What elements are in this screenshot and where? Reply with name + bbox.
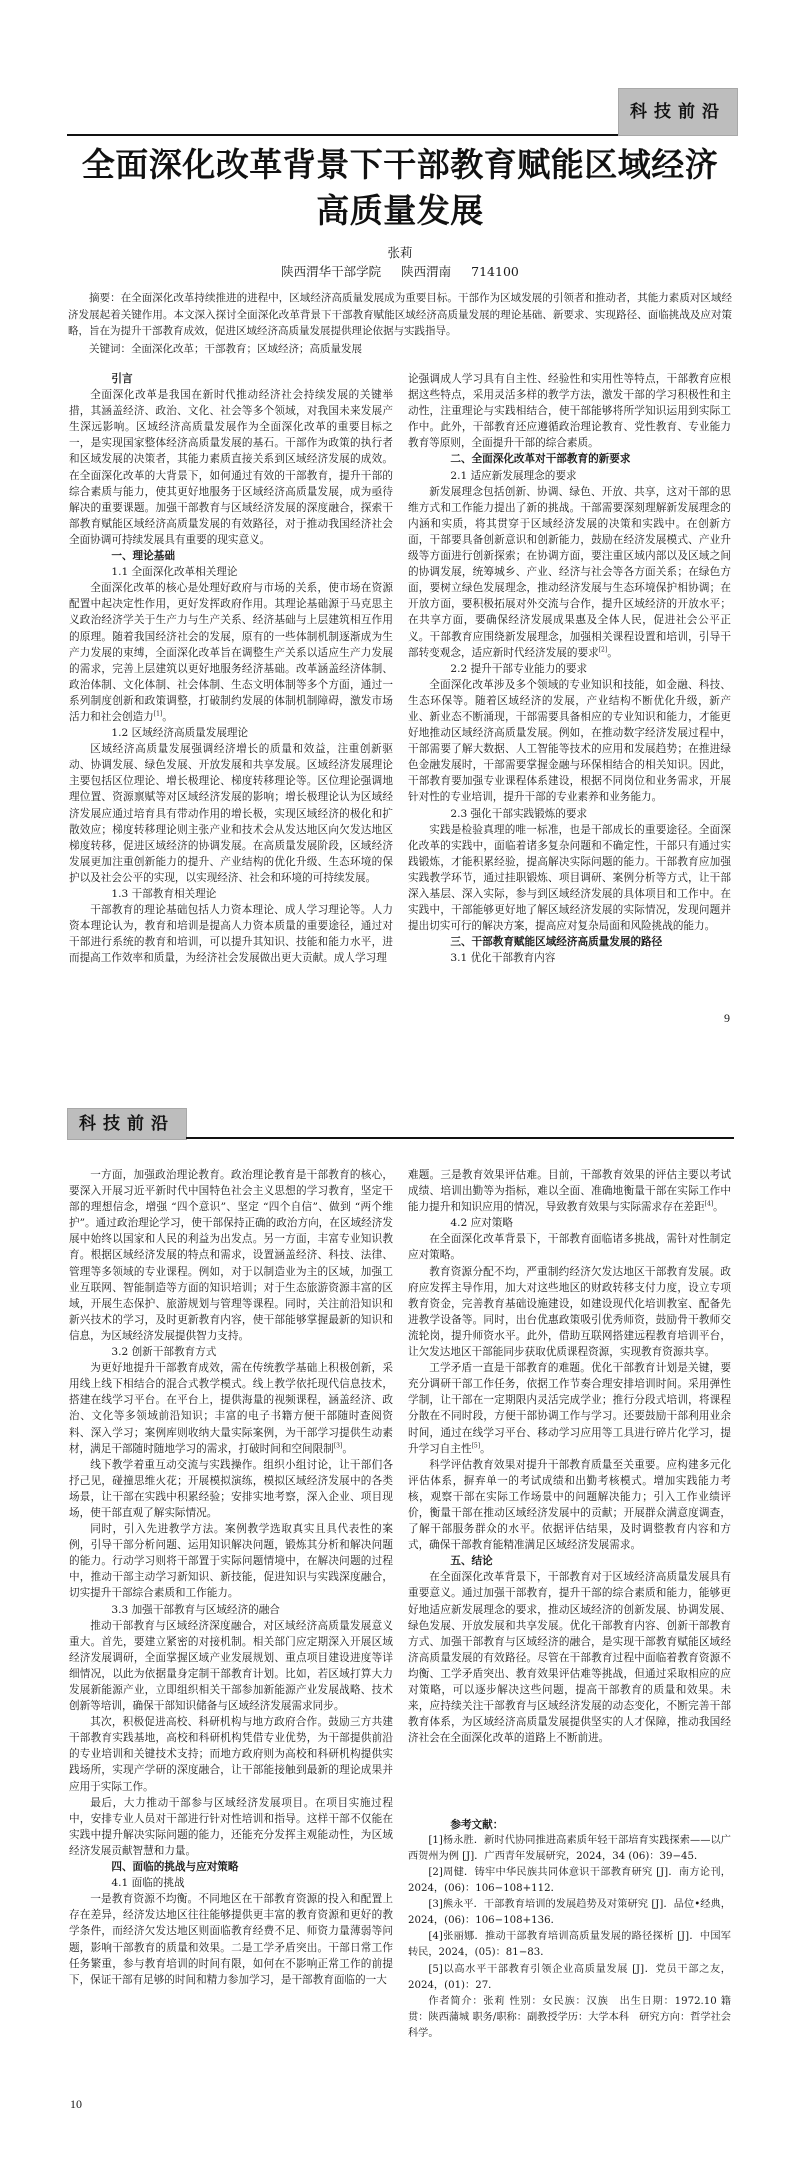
reference-item: [3]熊永平．干部教育培训的发展趋势及对策研究 [J]．品位•经典，2024，(… [408, 1897, 731, 1929]
subsection-heading: 4.1 面临的挑战 [69, 1875, 393, 1891]
paragraph: 推动干部教育与区域经济深度融合，对区域经济高质量发展意义重大。首先，要建立紧密的… [69, 1618, 393, 1715]
subsection-heading: 4.2 应对策略 [408, 1215, 731, 1231]
section-heading: 五、结论 [408, 1553, 731, 1569]
subsection-heading: 1.2 区域经济高质量发展理论 [69, 725, 393, 741]
page-number: 10 [70, 2097, 82, 2112]
header-rule [67, 134, 619, 136]
paragraph: 在全面深化改革背景下，干部教育面临诸多挑战，需针对性制定应对策略。 [408, 1231, 731, 1263]
page-number: 9 [724, 1011, 730, 1026]
references-block: 参考文献： [1]杨永胜．新时代协同推进高素质年轻干部培育实践探索——以广西贺州… [408, 1803, 731, 2042]
paragraph: 科学评估教育效果对提升干部教育质量至关重要。应构建多元化评估体系，摒弃单一的考试… [408, 1457, 731, 1554]
subsection-heading: 3.3 加强干部教育与区域经济的融合 [69, 1602, 393, 1618]
article-title: 全面深化改革背景下干部教育赋能区域经济高质量发展 [66, 142, 734, 234]
reference-item: [2]周健．铸牢中华民族共同体意识干部教育研究 [J]．南方论刊，2024，(0… [408, 1865, 731, 1897]
section-heading: 三、干部教育赋能区域经济高质量发展的路径 [408, 934, 731, 950]
keywords: 关键词：全面深化改革；干部教育；区域经济；高质量发展 [68, 341, 732, 357]
author-bio: 作者简介：张莉 性别：女民族：汉族 出生日期：1972.10 籍贯：陕西蒲城 职… [408, 1994, 731, 2042]
paragraph: 工学矛盾一直是干部教育的难题。优化干部教育计划是关键，要充分调研干部工作任务，依… [408, 1360, 731, 1457]
section-heading: 四、面临的挑战与应对策略 [69, 1859, 393, 1875]
section-heading: 一、理论基础 [69, 548, 393, 564]
paragraph: 干部教育的理论基础包括人力资本理论、成人学习理论等。人力资本理论认为，教育和培训… [69, 902, 393, 966]
citation-marker: [5] [472, 1442, 481, 1449]
subsection-heading: 2.1 适应新发展理念的要求 [408, 468, 731, 484]
subsection-heading: 2.2 提升干部专业能力的要求 [408, 661, 731, 677]
author-name: 张莉 [0, 243, 800, 261]
subsection-heading: 3.2 创新干部教育方式 [69, 1344, 393, 1360]
paragraph: 一是教育资源不均衡。不同地区在干部教育资源的投入和配置上存在差异，经济发达地区往… [69, 1891, 393, 1988]
section-heading: 二、全面深化改革对干部教育的新要求 [408, 451, 731, 467]
section-tag: 科技前沿 [67, 1108, 187, 1140]
reference-item: [5]以高水平干部教育引领企业高质量发展 [J]．党员干部之友，2024，(01… [408, 1962, 731, 1994]
abstract: 摘要：在全面深化改革持续推进的进程中，区域经济高质量发展成为重要目标。干部作为区… [68, 290, 732, 340]
institution: 陕西渭华干部学院 [281, 264, 381, 279]
page-10: 科技前沿 一方面，加强政治理论教育。政治理论教育是干部教育的核心，要深入开展习近… [0, 1085, 800, 2170]
subsection-heading: 3.1 优化干部教育内容 [408, 950, 731, 966]
paragraph: 全面深化改革的核心是处理好政府与市场的关系，使市场在资源配置中起决定性作用，更好… [69, 580, 393, 725]
citation-marker: [2] [599, 646, 608, 653]
paragraph: 论强调成人学习具有自主性、经验性和实用性等特点，干部教育应根据这些特点，采用灵活… [408, 371, 731, 451]
citation-marker: [3] [334, 1442, 343, 1449]
location: 陕西渭南 [401, 264, 451, 279]
paragraph: 其次，积极促进高校、科研机构与地方政府合作。鼓励三方共建干部教育实践基地，高校和… [69, 1714, 393, 1794]
paragraph: 同时，引入先进教学方法。案例教学选取真实且具代表性的案例，引导干部分析问题、运用… [69, 1521, 393, 1601]
column-right: 难题。三是教育效果评估难。目前，干部教育效果的评估主要以考试成绩、培训出勤等为指… [408, 1167, 731, 1746]
citation-marker: [1] [154, 710, 163, 717]
subsection-heading: 2.3 强化干部实践锻炼的要求 [408, 806, 731, 822]
paragraph: 实践是检验真理的唯一标准，也是干部成长的重要途径。全面深化改革的实践中，面临着诸… [408, 822, 731, 935]
page-9: 科技前沿 全面深化改革背景下干部教育赋能区域经济高质量发展 张莉 陕西渭华干部学… [0, 0, 800, 1085]
paragraph: 全面深化改革涉及多个领域的专业知识和技能，如金融、科技、生态环保等。随着区域经济… [408, 677, 731, 806]
header-rule [186, 1137, 734, 1139]
paragraph: 为更好地提升干部教育成效，需在传统教学基础上积极创新，采用线上线下相结合的混合式… [69, 1360, 393, 1457]
section-heading: 引言 [69, 371, 393, 387]
column-left: 引言全面深化改革是我国在新时代推动经济社会持续发展的关键举措，其涵盖经济、政治、… [69, 371, 393, 966]
paragraph: 全面深化改革是我国在新时代推动经济社会持续发展的关键举措，其涵盖经济、政治、文化… [69, 387, 393, 548]
paragraph: 最后，大力推动干部参与区域经济发展项目。在项目实施过程中，安排专业人员对干部进行… [69, 1795, 393, 1859]
subsection-heading: 1.1 全面深化改革相关理论 [69, 564, 393, 580]
author-affiliation: 陕西渭华干部学院 陕西渭南 714100 [0, 262, 800, 280]
citation-marker: [4] [705, 1201, 714, 1208]
paragraph: 线下教学着重互动交流与实践操作。组织小组讨论，让干部们各抒己见，碰撞思维火花；开… [69, 1457, 393, 1521]
subsection-heading: 1.3 干部教育相关理论 [69, 886, 393, 902]
paragraph: 教育资源分配不均，严重制约经济欠发达地区干部教育发展。政府应发挥主导作用，加大对… [408, 1264, 731, 1361]
references-title: 参考文献： [408, 1817, 731, 1833]
paragraph: 区域经济高质量发展强调经济增长的质量和效益，注重创新驱动、协调发展、绿色发展、开… [69, 741, 393, 886]
section-tag: 科技前沿 [618, 88, 738, 136]
paragraph: 难题。三是教育效果评估难。目前，干部教育效果的评估主要以考试成绩、培训出勤等为指… [408, 1167, 731, 1215]
paragraph: 一方面，加强政治理论教育。政治理论教育是干部教育的核心，要深入开展习近平新时代中… [69, 1167, 393, 1344]
reference-item: [1]杨永胜．新时代协同推进高素质年轻干部培育实践探索——以广西贺州为例 [J]… [408, 1833, 731, 1865]
column-left: 一方面，加强政治理论教育。政治理论教育是干部教育的核心，要深入开展习近平新时代中… [69, 1167, 393, 1988]
references-list: [1]杨永胜．新时代协同推进高素质年轻干部培育实践探索——以广西贺州为例 [J]… [408, 1833, 731, 1994]
reference-item: [4]张丽娜．推动干部教育培训高质量发展的路径探析 [J]．中国军转民，2024… [408, 1929, 731, 1961]
paragraph: 新发展理念包括创新、协调、绿色、开放、共享，这对干部的思维方式和工作能力提出了新… [408, 484, 731, 661]
paragraph: 在全面深化改革背景下，干部教育对于区域经济高质量发展具有重要意义。通过加强干部教… [408, 1569, 731, 1746]
postcode: 714100 [471, 264, 519, 279]
column-right: 论强调成人学习具有自主性、经验性和实用性等特点，干部教育应根据这些特点，采用灵活… [408, 371, 731, 966]
